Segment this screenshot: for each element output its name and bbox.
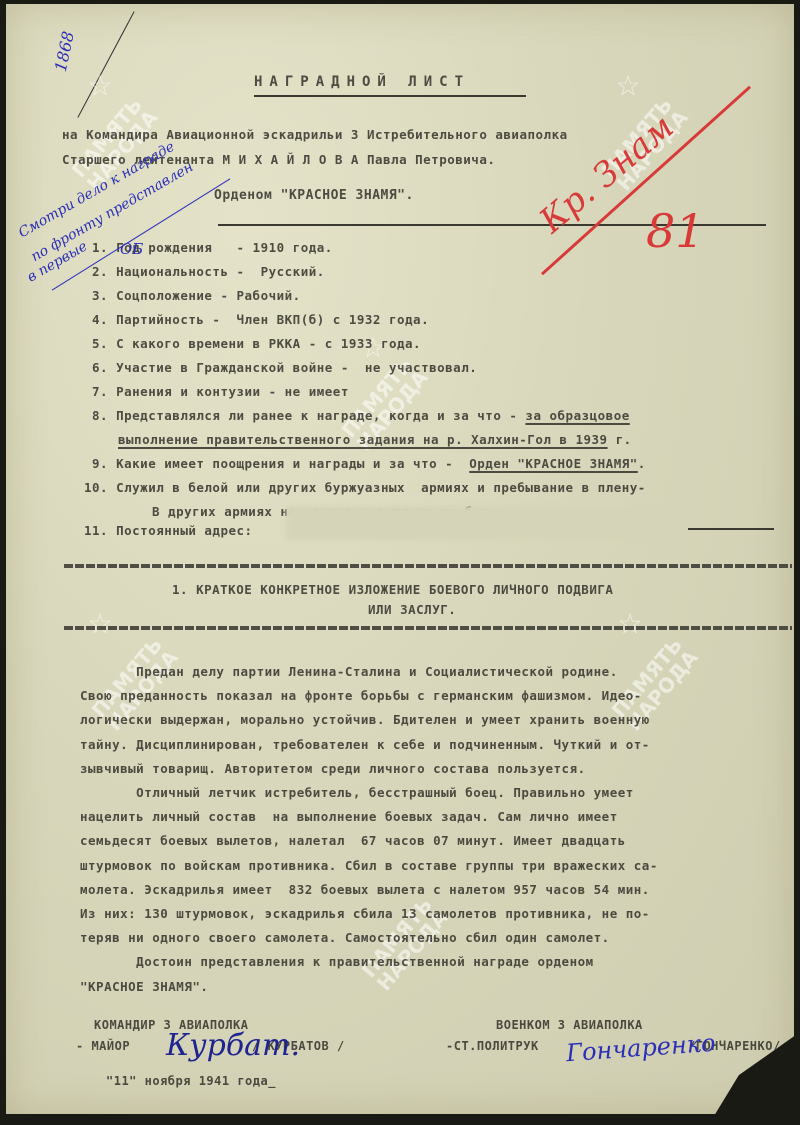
- item-underlined-text: выполнение правительственного задания на…: [118, 432, 608, 447]
- star-watermark-icon: ☆: [88, 60, 112, 106]
- handwritten-initials: ОБ: [120, 240, 143, 258]
- item-underlined-text: за образцовое: [525, 408, 629, 423]
- narrative-line: логически выдержан, морально устойчив. Б…: [80, 712, 650, 727]
- narrative-line: Из них: 130 штурмовок, эскадрилья сбила …: [80, 906, 650, 921]
- item-number: 8.: [84, 408, 116, 423]
- handwritten-signature-commissar: Гончаренко: [565, 1029, 716, 1067]
- item-text: Представлялся ли ранее к награде, когда …: [116, 408, 525, 423]
- item-text: г.: [608, 432, 632, 447]
- list-item: выполнение правительственного задания на…: [118, 432, 632, 447]
- document-title: НАГРАДНОЙ ЛИСТ: [254, 74, 470, 90]
- list-item: 10. Служил в белой или других буржуазных…: [84, 480, 646, 495]
- item-text: С какого времени в РККА - с 1933 года.: [116, 336, 421, 351]
- item-text: Ранения и контузии - не имеет: [116, 384, 349, 399]
- section-divider-bottom: [64, 626, 792, 630]
- list-item: 7. Ранения и контузии - не имеет: [84, 384, 349, 399]
- star-watermark-icon: ☆: [616, 60, 640, 106]
- intro-line-1: на Командира Авиационной эскадрильи 3 Ис…: [62, 127, 568, 142]
- list-item: 11. Постоянный адрес:: [84, 523, 253, 538]
- item-number: 10.: [84, 480, 116, 495]
- narrative-line: штурмовок по войскам противника. Сбил в …: [80, 858, 658, 873]
- commissar-title: ВОЕНКОМ 3 АВИАПОЛКА: [496, 1018, 643, 1032]
- narrative-line: Свою преданность показал на фронте борьб…: [80, 688, 642, 703]
- handwritten-signature-commander: Курбат.: [166, 1028, 300, 1063]
- list-item: 4. Партийность - Член ВКП(б) с 1932 года…: [84, 312, 429, 327]
- intro-line-3: Орденом "КРАСНОЕ ЗНАМЯ".: [214, 188, 414, 203]
- item-number: 4.: [84, 312, 116, 327]
- item-text: Какие имеет поощрения и награды и за что…: [116, 456, 469, 471]
- narrative-line: теряв ни одного своего самолета. Самосто…: [80, 930, 610, 945]
- star-watermark-icon: ☆: [618, 598, 642, 644]
- item-number: 3.: [84, 288, 116, 303]
- item-text: Соцположение - Рабочий.: [116, 288, 301, 303]
- narrative-line: семьдесят боевых вылетов, налетал 67 час…: [80, 833, 626, 848]
- narrative-line: "КРАСНОЕ ЗНАМЯ".: [80, 979, 208, 994]
- narrative-line: тайну. Дисциплинирован, требователен к с…: [80, 737, 650, 752]
- item-number: 11.: [84, 523, 116, 538]
- award-sheet: 1868 ☆ ☆ ☆ ☆ ☆ ПАМЯТЬНАРОДА ПАМЯТЬНАРОДА…: [6, 4, 794, 1114]
- section-divider-top: [64, 564, 792, 568]
- list-item: 3. Соцположение - Рабочий.: [84, 288, 301, 303]
- star-watermark-icon: ☆: [88, 598, 112, 644]
- section-heading-line-2: ИЛИ ЗАСЛУГ.: [368, 602, 456, 617]
- narrative-line: Достоин представления к правительственно…: [80, 954, 594, 969]
- list-item: 8. Представлялся ли ранее к награде, ког…: [84, 408, 630, 423]
- list-item: 5. С какого времени в РККА - с 1933 года…: [84, 336, 421, 351]
- commander-rank: - МАЙОР: [76, 1039, 130, 1053]
- address-redaction: [286, 506, 686, 540]
- list-item: 6. Участие в Гражданской войне - не учас…: [84, 360, 477, 375]
- commissar-rank: -СТ.ПОЛИТРУК: [446, 1039, 539, 1053]
- item-text: Постоянный адрес:: [116, 523, 252, 538]
- address-line: [688, 528, 774, 530]
- sign-date: "11" ноября 1941 года_: [106, 1074, 276, 1088]
- red-pencil-number: 81: [646, 204, 705, 258]
- item-text: Партийность - Член ВКП(б) с 1932 года.: [116, 312, 429, 327]
- item-number: 6.: [84, 360, 116, 375]
- archive-number: 1868: [51, 30, 78, 74]
- item-text: Год рождения - 1910 года.: [116, 240, 333, 255]
- narrative-line: Предан делу партии Ленина-Сталина и Соци…: [80, 664, 618, 679]
- item-underlined-text: Орден "КРАСНОЕ ЗНАМЯ": [469, 456, 638, 471]
- item-number: 9.: [84, 456, 116, 471]
- narrative-line: молета. Эскадрилья имеет 832 боевых выле…: [80, 882, 650, 897]
- narrative-line: Отличный летчик истребитель, бесстрашный…: [80, 785, 634, 800]
- list-item: 2. Национальность - Русский.: [84, 264, 325, 279]
- item-number: 7.: [84, 384, 116, 399]
- item-text: Участие в Гражданской войне - не участво…: [116, 360, 477, 375]
- title-underline: [254, 95, 526, 97]
- item-text: Национальность - Русский.: [116, 264, 325, 279]
- narrative-line: зывчивый товарищ. Авторитетом среди личн…: [80, 761, 586, 776]
- item-text: Служил в белой или других буржуазных арм…: [116, 480, 646, 495]
- narrative-line: нацелить личный состав на выполнение бое…: [80, 809, 618, 824]
- item-number: 5.: [84, 336, 116, 351]
- list-item: 9. Какие имеет поощрения и награды и за …: [84, 456, 646, 471]
- section-heading-line-1: 1. КРАТКОЕ КОНКРЕТНОЕ ИЗЛОЖЕНИЕ БОЕВОГО …: [172, 582, 613, 597]
